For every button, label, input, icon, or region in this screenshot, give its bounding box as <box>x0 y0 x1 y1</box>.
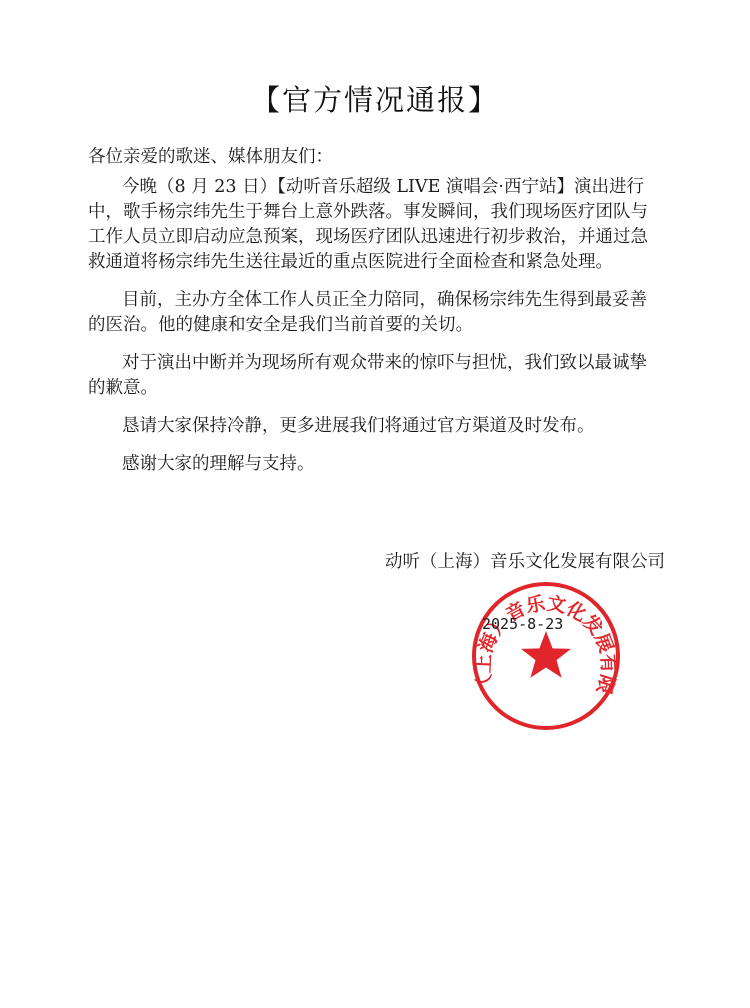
paragraph-incident: 今晚（8 月 23 日）【动听音乐超级 LIVE 演唱会·西宁站】演出进行中，歌… <box>88 175 663 275</box>
paragraph-thanks: 感谢大家的理解与支持。 <box>88 452 663 477</box>
company-seal: 动听（上海）音乐文化发展有限公司 <box>470 580 622 732</box>
document-title: 【官方情况通报】 <box>0 78 750 119</box>
paragraph-request: 恳请大家保持冷静，更多进展我们将通过官方渠道及时发布。 <box>88 414 663 439</box>
paragraph-status: 目前，主办方全体工作人员正全力陪同，确保杨宗纬先生得到最妥善的医治。他的健康和安… <box>88 288 663 338</box>
greeting: 各位亲爱的歌迷、媒体朋友们： <box>88 145 663 170</box>
paragraph-apology: 对于演出中断并为现场所有观众带来的惊吓与担忧，我们致以最诚挚的歉意。 <box>88 351 663 401</box>
document-body: 各位亲爱的歌迷、媒体朋友们： 今晚（8 月 23 日）【动听音乐超级 LIVE … <box>88 145 663 490</box>
document-date: 2025-8-23 <box>482 615 563 633</box>
signature-company: 动听（上海）音乐文化发展有限公司 <box>385 548 665 573</box>
star-icon <box>521 631 571 678</box>
